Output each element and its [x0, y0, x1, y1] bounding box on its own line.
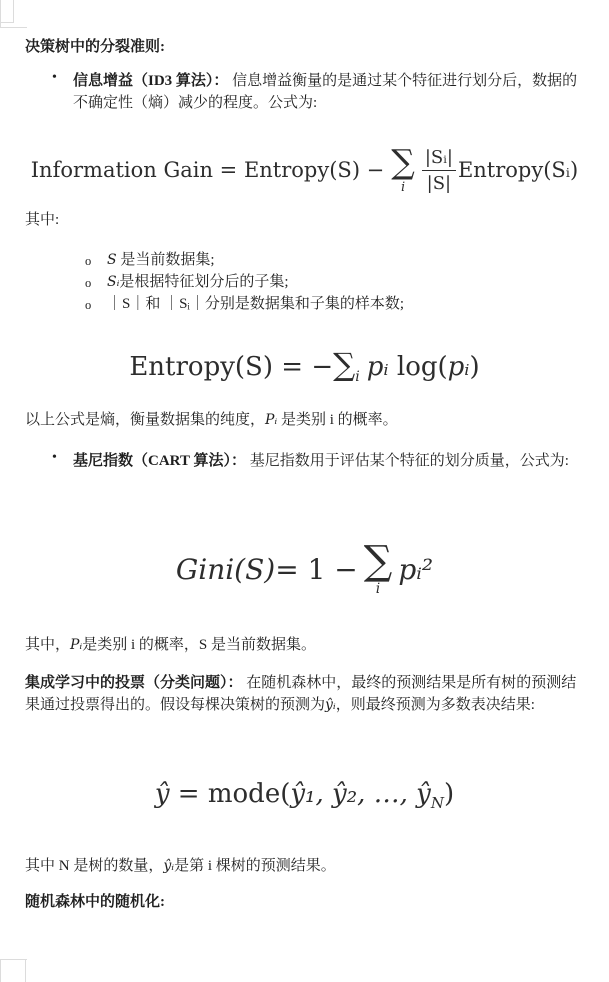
bullet-marker: • [50, 450, 73, 472]
sub-bullet: o S 是当前数据集; [85, 250, 565, 272]
close-paren: ) [470, 352, 480, 382]
formula-entropy-lhs: Entropy(S) = − [129, 352, 333, 382]
bullet-marker: • [50, 70, 73, 114]
bullet-info-gain: • 信息增益（ID3 算法）： 信息增益衡量的是通过某个特征进行划分后，数据的不… [50, 70, 578, 114]
formula-mode: ŷ = mode(ŷ₁, ŷ₂, …, ŷN) [0, 779, 609, 812]
log-function: log( [389, 352, 448, 382]
formula-ig-lhs: Information Gain = Entropy(S) − [31, 158, 385, 182]
entropy-note-pre: 以上公式是熵，衡量数据集的纯度， [25, 412, 265, 428]
formula-information-gain: Information Gain = Entropy(S) − ∑ i |Sᵢ|… [0, 138, 609, 202]
vote-paragraph-body2: ，则最终预测为多数表决结果: [336, 697, 535, 713]
math-dataset-symbol: S [107, 252, 117, 268]
math-p-sub-i: Pᵢ [70, 637, 82, 653]
gini-note-pre: 其中， [25, 637, 70, 653]
formula-entropy: Entropy(S) = −∑ipᵢ log(pᵢ) [0, 347, 609, 385]
sum-symbol: ∑ [333, 347, 355, 383]
sub-bullet-marker: o [85, 272, 107, 294]
mode-note-post: 是第 i 棵树的预测结果。 [174, 858, 336, 874]
bullet-info-gain-lead: 信息增益（ID3 算法）： [73, 73, 228, 89]
sub-bullet: o ｜S｜和 ｜Sᵢ｜分别是数据集和子集的样本数; [85, 294, 565, 316]
gini-note-post: 是类别 i 的概率，S 是当前数据集。 [82, 637, 316, 653]
p-sub-i: pᵢ [448, 352, 470, 382]
document-page: 决策树中的分裂准则: • 信息增益（ID3 算法）： 信息增益衡量的是通过某个特… [0, 0, 609, 982]
sum-symbol: ∑ i [364, 542, 393, 596]
formula-ig-rhs: Entropy(Sᵢ) [458, 158, 578, 182]
equals-sign: = [170, 779, 208, 809]
fraction-numerator: |Sᵢ| [422, 147, 456, 171]
sub-bullet: o Sᵢ是根据特征划分后的子集; [85, 272, 565, 294]
p-sub-i-squared: pᵢ² [398, 553, 433, 586]
sum-subscript: i [401, 181, 405, 194]
math-y-hat-i: ŷᵢ [163, 858, 174, 874]
sub-bullet-text: 分别是数据集和子集的样本数; [205, 296, 404, 312]
sub-bullet-text: 是当前数据集; [117, 252, 215, 268]
vote-paragraph: 集成学习中的投票（分类问题）： 在随机森林中，最终的预测结果是所有树的预测结果通… [25, 672, 582, 716]
math-p-sub-i: Pᵢ [265, 412, 277, 428]
p-sub-i: pᵢ [367, 352, 389, 382]
page-corner-mark-top-right [0, 0, 27, 28]
y-hat: ŷ [155, 779, 170, 809]
sub-bullet-list: o S 是当前数据集; o Sᵢ是根据特征划分后的子集; o ｜S｜和 ｜Sᵢ｜… [85, 250, 565, 316]
sub-bullet-text: 是根据特征划分后的子集; [119, 274, 288, 290]
mode-arguments: ŷ₁, ŷ₂, …, ŷ [290, 779, 431, 809]
sum-subscript: i [355, 369, 359, 385]
sub-bullet-marker: o [85, 250, 107, 272]
subscript-N: N [431, 794, 444, 812]
close-paren: ) [444, 779, 454, 809]
gini-note: 其中，Pᵢ是类别 i 的概率，S 是当前数据集。 [25, 634, 581, 656]
vote-paragraph-lead: 集成学习中的投票（分类问题）： [25, 675, 243, 691]
sub-bullet-marker: o [85, 294, 107, 316]
math-subset-symbol: Sᵢ [107, 274, 119, 290]
page-corner-mark-bottom-right [0, 959, 27, 982]
bullet-gini: • 基尼指数（CART 算法）： 基尼指数用于评估某个特征的划分质量，公式为: [50, 450, 578, 472]
randomization-heading: 随机森林中的随机化: [25, 891, 165, 913]
bullet-gini-lead: 基尼指数（CART 算法）： [73, 453, 246, 469]
bullet-gini-body: 基尼指数用于评估某个特征的划分质量，公式为: [246, 453, 569, 469]
formula-gini: Gini(S) = 1 − ∑ i pᵢ² [0, 534, 609, 604]
where-label: 其中: [25, 209, 59, 231]
mode-function: mode( [208, 779, 290, 809]
sum-symbol: ∑ i [391, 146, 415, 193]
page-title: 决策树中的分裂准则: [25, 36, 165, 58]
math-y-hat-i: ŷᵢ [325, 697, 336, 713]
formula-gini-mid: = 1 − [275, 553, 358, 586]
fraction: |Sᵢ| |S| [422, 147, 456, 194]
mode-note-pre: 其中 N 是树的数量， [25, 858, 163, 874]
sum-subscript: i [376, 582, 380, 596]
entropy-note: 以上公式是熵，衡量数据集的纯度，Pᵢ 是类别 i 的概率。 [25, 409, 581, 431]
gini-function: Gini(S) [176, 553, 275, 586]
fraction-denominator: |S| [422, 171, 456, 194]
mode-note: 其中 N 是树的数量，ŷᵢ是第 i 棵树的预测结果。 [25, 855, 581, 877]
math-cardinality-symbols: ｜S｜和 ｜Sᵢ｜ [107, 296, 205, 312]
entropy-note-post: 是类别 i 的概率。 [277, 412, 397, 428]
